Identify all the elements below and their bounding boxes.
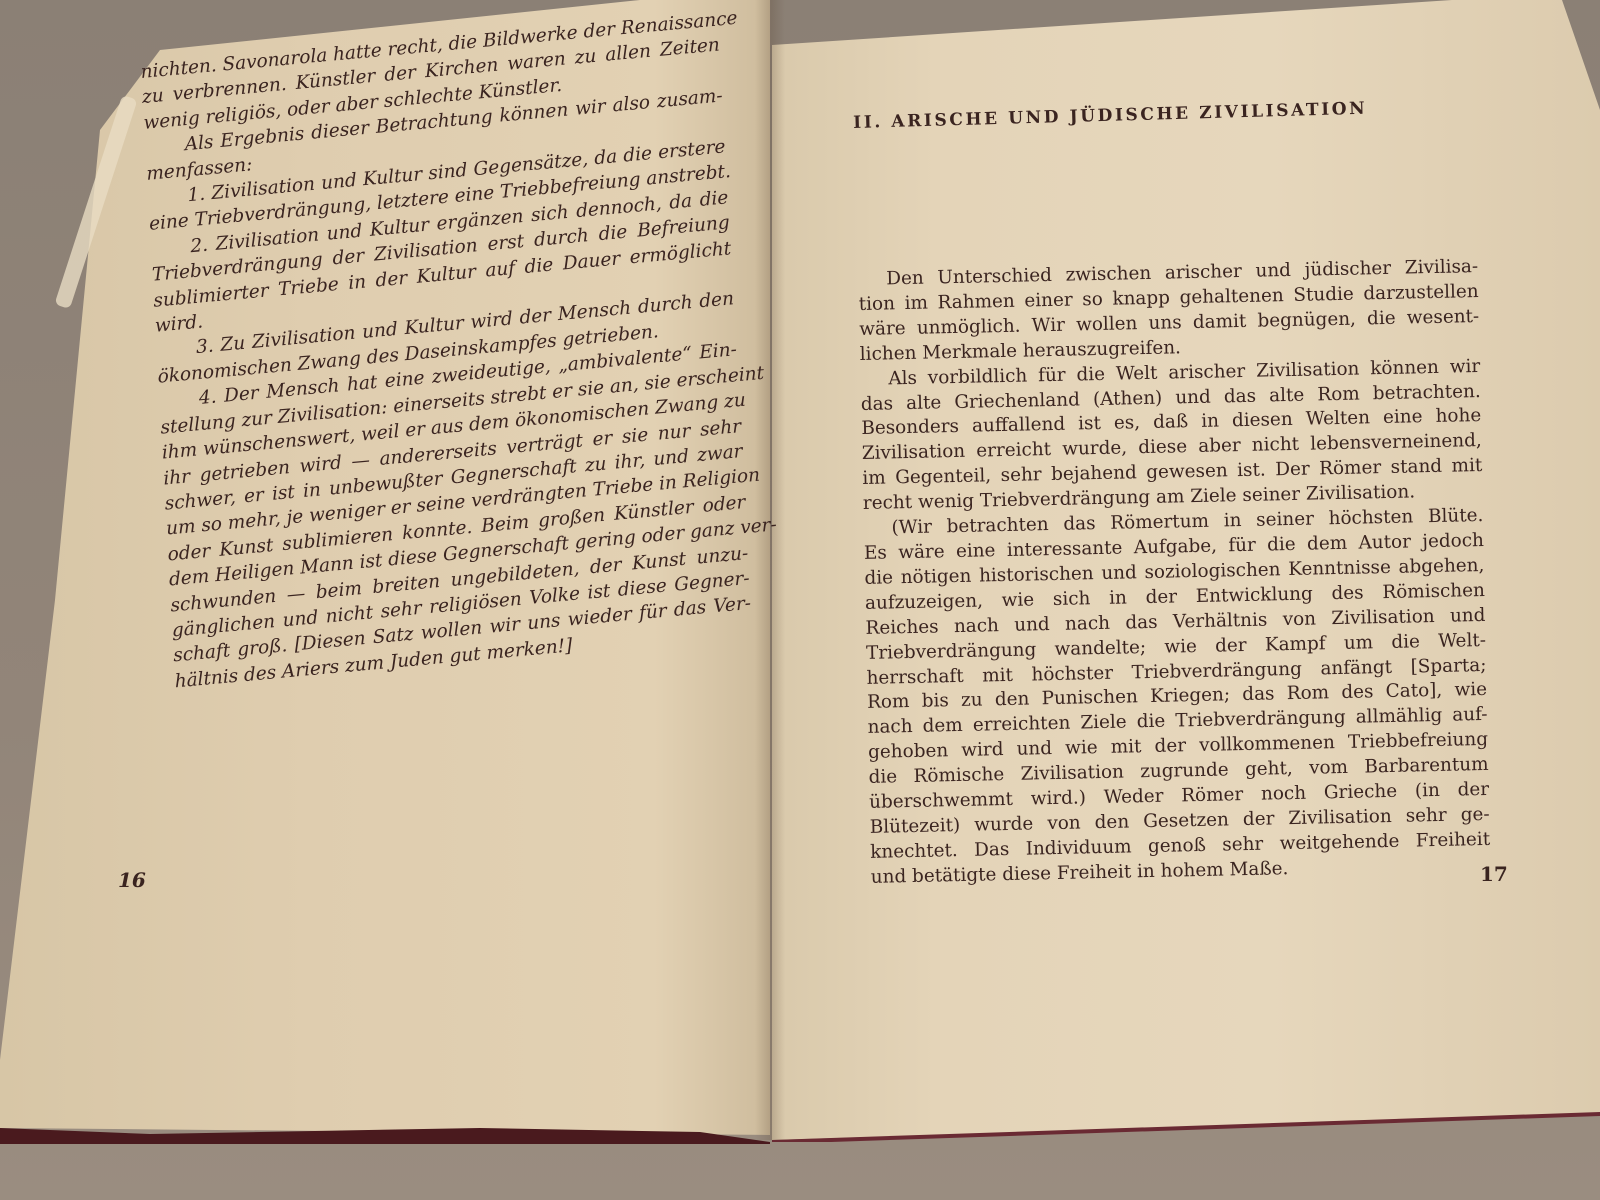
book-gutter xyxy=(755,0,785,1140)
page-number-right: 17 xyxy=(1480,862,1508,886)
photo-scene: nichten. Savonarola hatte recht, die Bil… xyxy=(0,0,1600,1200)
right-page-body-text: Den Unterschied zwischen arischer und jü… xyxy=(858,255,1491,891)
left-page-body-text: nichten. Savonarola hatte recht, die Bil… xyxy=(140,7,753,694)
page-number-left: 16 xyxy=(118,868,146,892)
